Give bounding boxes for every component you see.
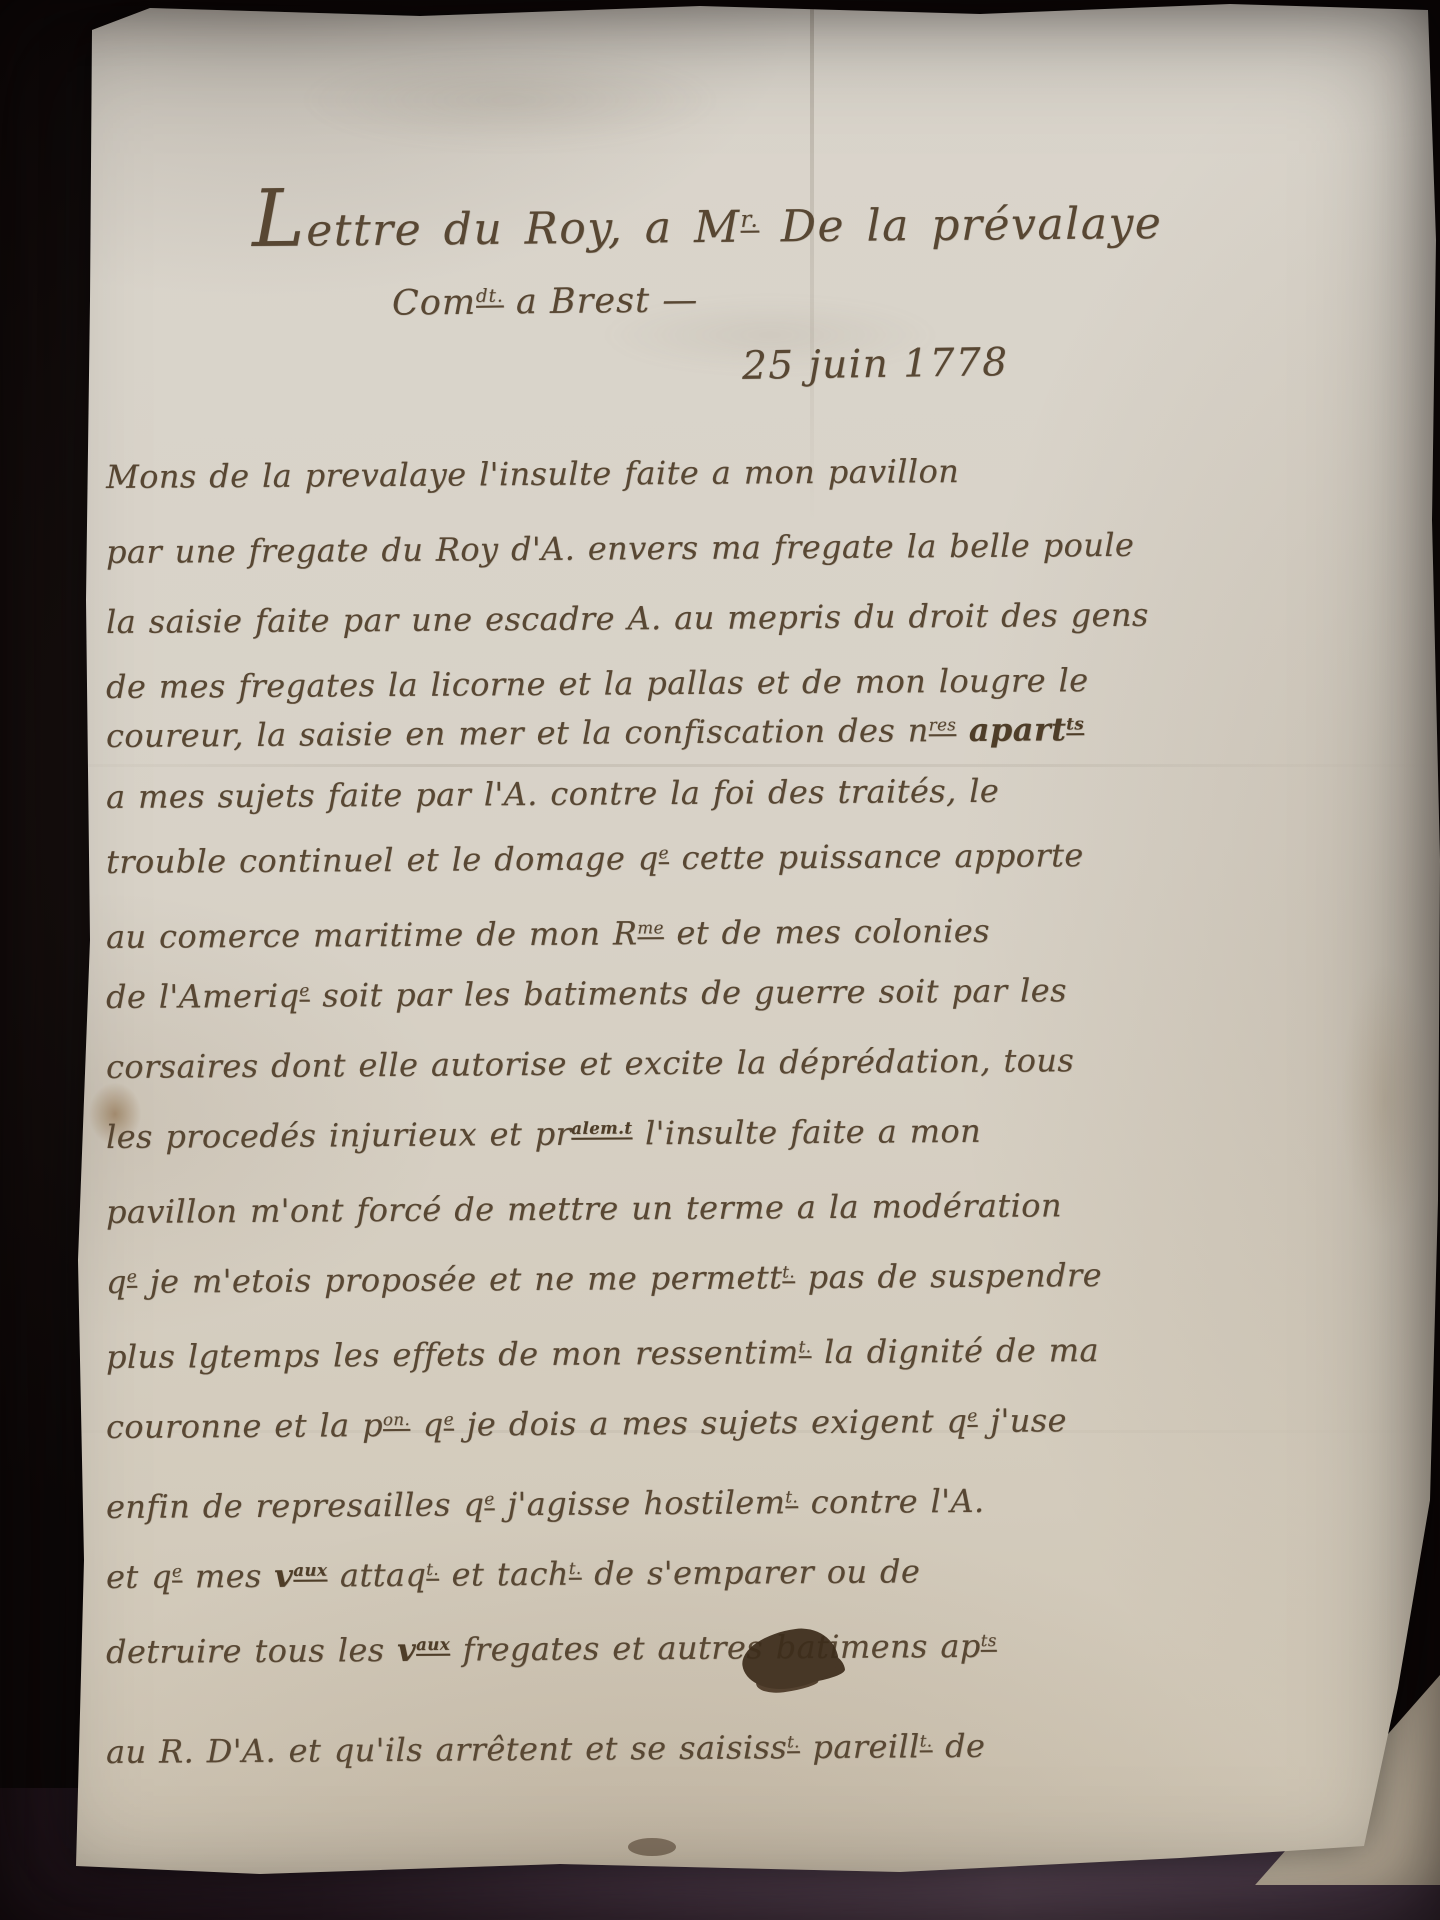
letter-subtitle: Comdt. a Brest — bbox=[392, 280, 699, 323]
handwritten-line: au R. D'A. et qu'ils arrêtent et se sais… bbox=[106, 1727, 986, 1771]
fold-crease-horizontal-1 bbox=[0, 764, 1440, 767]
handwritten-line: de mes fregates la licorne et la pallas … bbox=[106, 661, 1089, 706]
handwritten-line: de l'Ameriqe soit par les batiments de g… bbox=[106, 971, 1067, 1016]
photo-frame: Lettre du Roy, a Mr. De la prévalaye Com… bbox=[0, 0, 1440, 1920]
letter-date: 25 juin 1778 bbox=[742, 340, 1009, 389]
handwritten-line: les procedés injurieux et pralem.t l'ins… bbox=[106, 1112, 981, 1156]
paper-sheet: Lettre du Roy, a Mr. De la prévalaye Com… bbox=[0, 0, 1440, 1920]
handwritten-line: corsaires dont elle autorise et excite l… bbox=[106, 1041, 1074, 1086]
ink-bleedthrough bbox=[250, 40, 770, 160]
handwritten-line: qe je m'etois proposée et ne me permettt… bbox=[106, 1256, 1102, 1301]
handwritten-line: par une fregate du Roy d'A. envers ma fr… bbox=[106, 526, 1134, 571]
handwritten-line: a mes sujets faite par l'A. contre la fo… bbox=[106, 772, 999, 816]
handwritten-line: pavillon m'ont forcé de mettre un terme … bbox=[106, 1186, 1062, 1231]
letter-paper: Lettre du Roy, a Mr. De la prévalaye Com… bbox=[0, 0, 1440, 1920]
handwritten-line: coureur, la saisie en mer et la confisca… bbox=[106, 710, 1084, 755]
letter-title: Lettre du Roy, a Mr. De la prévalaye bbox=[252, 164, 1163, 265]
handwritten-line: enfin de represailles qe j'agisse hostil… bbox=[106, 1482, 985, 1526]
handwritten-line: couronne et la pon. qe je dois a mes suj… bbox=[106, 1401, 1067, 1446]
stain bbox=[1330, 930, 1440, 1270]
handwritten-line: plus lgtemps les effets de mon ressentim… bbox=[106, 1331, 1099, 1376]
handwritten-line: au comerce maritime de mon Rme et de mes… bbox=[106, 912, 990, 956]
handwritten-line: trouble continuel et le domage qe cette … bbox=[106, 836, 1084, 881]
handwritten-line: et qe mes vaux attaqt. et tacht. de s'em… bbox=[106, 1552, 920, 1596]
handwritten-line: detruire tous les vaux fregates et autre… bbox=[106, 1627, 997, 1671]
handwritten-line: la saisie faite par une escadre A. au me… bbox=[106, 596, 1149, 641]
ink-blot-small bbox=[628, 1838, 676, 1856]
handwritten-line: Mons de la prevalaye l'insulte faite a m… bbox=[106, 452, 959, 496]
